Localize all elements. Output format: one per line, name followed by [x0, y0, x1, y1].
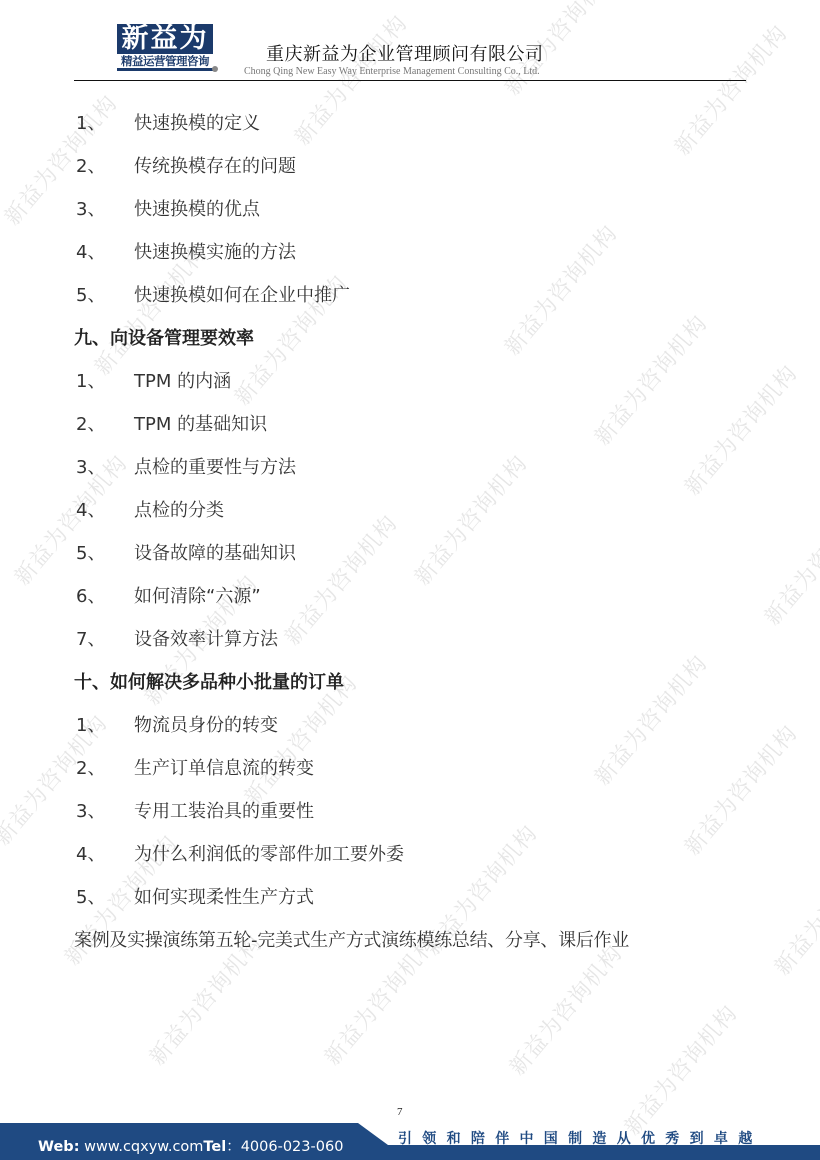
list-item: 5、 快速换模如何在企业中推广: [74, 274, 754, 317]
item-number: 5、: [76, 274, 105, 317]
item-text: 如何清除“六源”: [134, 575, 261, 618]
list-item: 4、 点检的分类: [74, 489, 754, 532]
list-item: 3、 快速换模的优点: [74, 188, 754, 231]
item-number: 5、: [76, 876, 105, 919]
item-text: 物流员身份的转变: [134, 704, 278, 747]
company-name-cn: 重庆新益为企业管理顾问有限公司: [266, 40, 544, 66]
item-number: 5、: [76, 532, 105, 575]
item-text: 传统换模存在的问题: [134, 145, 296, 188]
web-label: Web:: [38, 1139, 80, 1155]
tel-label: Tel: [203, 1139, 226, 1155]
list-item: 7、 设备效率计算方法: [74, 618, 754, 661]
item-number: 2、: [76, 747, 105, 790]
page-footer: Web: www.cqxyw.comTel：4006-023-060 引领和陪伴…: [0, 1120, 820, 1160]
item-text: 设备故障的基础知识: [134, 532, 296, 575]
item-text: 点检的重要性与方法: [134, 446, 296, 489]
watermark: 新益为咨询机构: [766, 838, 820, 981]
item-text: 专用工装治具的重要性: [134, 790, 314, 833]
item-text: 快速换模如何在企业中推广: [134, 274, 350, 317]
section-heading: 十、如何解决多品种小批量的订单: [74, 661, 754, 704]
header-divider: [74, 80, 746, 81]
list-item: 1、 快速换模的定义: [74, 102, 754, 145]
closing-paragraph: 案例及实操演练第五轮-完美式生产方式演练模练总结、分享、课后作业: [74, 919, 754, 962]
item-number: 1、: [76, 360, 105, 403]
item-number: 1、: [76, 704, 105, 747]
item-number: 2、: [76, 403, 105, 446]
page-number: 7: [397, 1106, 403, 1118]
item-text: 为什么利润低的零部件加工要外委: [134, 833, 404, 876]
item-text: 点检的分类: [134, 489, 224, 532]
list-item: 4、 为什么利润低的零部件加工要外委: [74, 833, 754, 876]
logo-dot-icon: [212, 66, 218, 72]
document-body: 1、 快速换模的定义 2、 传统换模存在的问题 3、 快速换模的优点 4、 快速…: [74, 102, 754, 962]
item-text: TPM 的基础知识: [134, 403, 267, 446]
list-item: 2、 生产订单信息流的转变: [74, 747, 754, 790]
item-number: 1、: [76, 102, 105, 145]
list-item: 2、 TPM 的基础知识: [74, 403, 754, 446]
logo-sub-text: 精益运营管理咨询: [117, 54, 213, 71]
list-item: 5、 设备故障的基础知识: [74, 532, 754, 575]
list-item: 3、 点检的重要性与方法: [74, 446, 754, 489]
section-9: 九、向设备管理要效率 1、 TPM 的内涵 2、 TPM 的基础知识 3、 点检…: [74, 317, 754, 661]
list-item: 1、 物流员身份的转变: [74, 704, 754, 747]
list-item: 6、 如何清除“六源”: [74, 575, 754, 618]
list-item: 3、 专用工装治具的重要性: [74, 790, 754, 833]
company-name-en: Chong Qing New Easy Way Enterprise Manag…: [244, 66, 540, 77]
item-number: 7、: [76, 618, 105, 661]
list-item: 5、 如何实现柔性生产方式: [74, 876, 754, 919]
item-text: 生产订单信息流的转变: [134, 747, 314, 790]
item-number: 3、: [76, 446, 105, 489]
item-number: 4、: [76, 833, 105, 876]
item-number: 4、: [76, 489, 105, 532]
web-url[interactable]: www.cqxyw.com: [80, 1139, 204, 1155]
item-number: 4、: [76, 231, 105, 274]
list-item: 4、 快速换模实施的方法: [74, 231, 754, 274]
footer-slogan: 引领和陪伴中国制造从优秀到卓越: [398, 1128, 763, 1148]
watermark: 新益为咨询机构: [756, 488, 820, 631]
section-heading: 九、向设备管理要效率: [74, 317, 754, 360]
company-logo: 新益为 精益运营管理咨询: [117, 24, 213, 72]
section-10: 十、如何解决多品种小批量的订单 1、 物流员身份的转变 2、 生产订单信息流的转…: [74, 661, 754, 919]
item-text: 设备效率计算方法: [134, 618, 278, 661]
item-number: 3、: [76, 188, 105, 231]
item-number: 6、: [76, 575, 105, 618]
list-item: 1、 TPM 的内涵: [74, 360, 754, 403]
item-text: TPM 的内涵: [134, 360, 231, 403]
list-item: 2、 传统换模存在的问题: [74, 145, 754, 188]
item-text: 快速换模的优点: [134, 188, 260, 231]
page-header: 新益为 精益运营管理咨询 重庆新益为企业管理顾问有限公司 Chong Qing …: [0, 0, 820, 90]
item-text: 快速换模实施的方法: [134, 231, 296, 274]
footer-contact: Web: www.cqxyw.comTel：4006-023-060: [38, 1135, 343, 1156]
item-number: 2、: [76, 145, 105, 188]
item-text: 如何实现柔性生产方式: [134, 876, 314, 919]
tel-value: ：4006-023-060: [226, 1139, 343, 1155]
logo-main-text: 新益为: [117, 24, 213, 54]
item-text: 快速换模的定义: [134, 102, 260, 145]
item-number: 3、: [76, 790, 105, 833]
section-8-list: 1、 快速换模的定义 2、 传统换模存在的问题 3、 快速换模的优点 4、 快速…: [74, 102, 754, 317]
